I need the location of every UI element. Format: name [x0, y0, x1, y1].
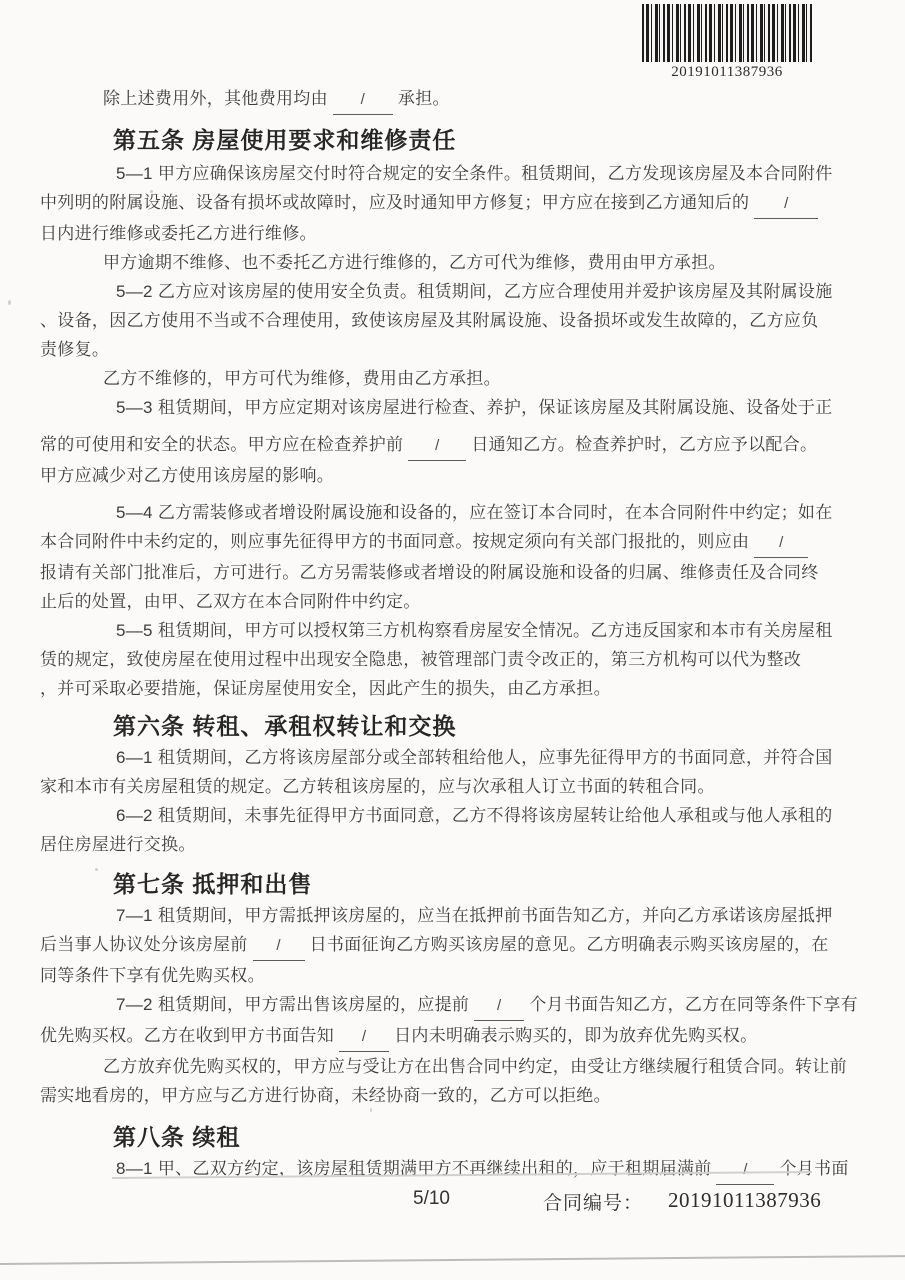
- text-line: 需实地看房的，甲方应与乙方进行协商，未经协商一致的，乙方可以拒绝。: [40, 1081, 835, 1110]
- text-segment: 同等条件下享有优先购买权。: [40, 966, 265, 985]
- text-segment: 承担。: [398, 89, 450, 108]
- fill-in-blank: /: [754, 528, 808, 558]
- barcode-number: 20191011387936: [642, 64, 812, 81]
- text-line: 甲方应减少对乙方使用该房屋的影响。: [40, 461, 835, 490]
- text-segment: 第七条 抵押和出售: [113, 871, 312, 897]
- scan-speckle: [95, 868, 98, 871]
- fill-in-blank: /: [253, 931, 305, 961]
- text-segment: 中列明的附属设施、设备有损坏或故障时，应及时通知甲方修复；甲方应在接到乙方通知后…: [40, 193, 749, 212]
- text-segment: ，并可采取必要措施，保证房屋使用安全，因此产生的损失，由乙方承担。: [40, 679, 611, 698]
- text-line: 5—5 租赁期间，甲方可以授权第三方机构察看房屋安全情况。乙方违反国家和本市有关…: [40, 616, 835, 645]
- text-segment: 7—1 租赁期间，甲方需抵押该房屋的，应当在抵押前书面告知乙方，并向乙方承诺该房…: [116, 906, 833, 925]
- text-line: 7—1 租赁期间，甲方需抵押该房屋的，应当在抵押前书面告知乙方，并向乙方承诺该房…: [40, 901, 835, 930]
- fill-in-blank: /: [408, 431, 466, 461]
- text-line: 赁的规定，致使房屋在使用过程中出现安全隐患，被管理部门责令改正的，第三方机构可以…: [40, 645, 835, 674]
- scan-speckle: [370, 1108, 372, 1112]
- text-line: 甲方逾期不维修、也不委托乙方进行维修的，乙方可代为维修，费用由甲方承担。: [40, 248, 835, 277]
- text-line: 8—1 甲、乙双方约定，该房屋租赁期满甲方不再继续出租的，应于租期届满前/个月书…: [40, 1154, 835, 1185]
- text-line: 5—3 租赁期间，甲方应定期对该房屋进行检查、养护，保证该房屋及其附属设施、设备…: [40, 393, 835, 422]
- barcode-block: 20191011387936: [642, 4, 812, 81]
- text-line: 中列明的附属设施、设备有损坏或故障时，应及时通知甲方修复；甲方应在接到乙方通知后…: [40, 188, 835, 219]
- text-line: 止后的处置，由甲、乙双方在本合同附件中约定。: [40, 587, 835, 616]
- text-line: 同等条件下享有优先购买权。: [40, 961, 835, 990]
- text-segment: 除上述费用外，其他费用均由: [103, 89, 328, 108]
- text-line: 乙方不维修的，甲方可代为维修，费用由乙方承担。: [40, 364, 835, 393]
- text-segment: 7—2 租赁期间，甲方需出售该房屋的，应提前: [116, 995, 469, 1014]
- text-segment: 5—1 甲方应确保该房屋交付时符合规定的安全条件。租赁期间，乙方发现该房屋及本合…: [116, 164, 833, 183]
- fill-in-blank: /: [339, 1022, 389, 1052]
- text-line: 6—2 租赁期间，未事先征得甲方书面同意，乙方不得将该房屋转让给他人承租或与他人…: [40, 801, 835, 830]
- text-segment: 乙方放弃优先购买权的，甲方应与受让方在出售合同中约定，由受让方继续履行租赁合同。…: [103, 1057, 847, 1076]
- page-number: 5/10: [413, 1188, 450, 1210]
- text-segment: 5—2 乙方应对该房屋的使用安全负责。租赁期间，乙方应合理使用并爱护该房屋及其附…: [116, 282, 833, 301]
- text-line: 5—2 乙方应对该房屋的使用安全负责。租赁期间，乙方应合理使用并爱护该房屋及其附…: [40, 277, 835, 306]
- text-line: 报请有关部门批准后，方可进行。乙方另需装修或者增设的附属设施和设备的归属、维修责…: [40, 558, 835, 587]
- contract-number-label: 合同编号：: [543, 1188, 643, 1215]
- text-line: 乙方放弃优先购买权的，甲方应与受让方在出售合同中约定，由受让方继续履行租赁合同。…: [40, 1052, 835, 1081]
- text-segment: 、设备，因乙方使用不当或不合理使用，致使该房屋及其附属设施、设备损坏或发生故障的…: [40, 311, 819, 330]
- text-segment: 居住房屋进行交换。: [40, 835, 196, 854]
- barcode-icon: [642, 4, 812, 62]
- text-line: 5—1 甲方应确保该房屋交付时符合规定的安全条件。租赁期间，乙方发现该房屋及本合…: [40, 159, 835, 188]
- text-line: 常的可使用和安全的状态。甲方应在检查养护前/日通知乙方。检查养护时，乙方应予以配…: [40, 430, 835, 461]
- text-segment: 日书面征询乙方购买该房屋的意见。乙方明确表示购买该房屋的，在: [310, 935, 829, 954]
- fill-in-blank: /: [333, 85, 393, 115]
- text-segment: 报请有关部门批准后，方可进行。乙方另需装修或者增设的附属设施和设备的归属、维修责…: [40, 563, 819, 582]
- scan-speckle: [150, 190, 153, 193]
- text-segment: 5—4 乙方需装修或者增设附属设施和设备的，应在签订本合同时，在本合同附件中约定…: [116, 503, 833, 522]
- text-segment: 6—2 租赁期间，未事先征得甲方书面同意，乙方不得将该房屋转让给他人承租或与他人…: [116, 806, 833, 825]
- fill-in-blank: /: [754, 189, 818, 219]
- text-segment: 个月书面: [779, 1159, 848, 1178]
- text-segment: 家和本市有关房屋租赁的规定。乙方转租该房屋的，应与次承租人订立书面的转租合同。: [40, 777, 715, 796]
- document-lines: 除上述费用外，其他费用均由/承担。第五条 房屋使用要求和维修责任5—1 甲方应确…: [40, 84, 835, 1185]
- text-line: 日内进行维修或委托乙方进行维修。: [40, 219, 835, 248]
- text-segment: 后当事人协议处分该房屋前: [40, 935, 248, 954]
- text-line: 7—2 租赁期间，甲方需出售该房屋的，应提前/个月书面告知乙方，乙方在同等条件下…: [40, 990, 835, 1021]
- text-line: 后当事人协议处分该房屋前/日书面征询乙方购买该房屋的意见。乙方明确表示购买该房屋…: [40, 930, 835, 961]
- text-segment: 责修复。: [40, 340, 109, 359]
- text-line: 居住房屋进行交换。: [40, 830, 835, 859]
- text-line: 5—4 乙方需装修或者增设附属设施和设备的，应在签订本合同时，在本合同附件中约定…: [40, 498, 835, 527]
- text-segment: 甲方应减少对乙方使用该房屋的影响。: [40, 466, 334, 485]
- text-segment: 第五条 房屋使用要求和维修责任: [113, 127, 456, 153]
- fill-in-blank: /: [474, 991, 524, 1021]
- text-segment: 赁的规定，致使房屋在使用过程中出现安全隐患，被管理部门责令改正的，第三方机构可以…: [40, 650, 801, 669]
- text-line: 6—1 租赁期间，乙方将该房屋部分或全部转租给他人，应事先征得甲方的书面同意，并…: [40, 743, 835, 772]
- text-segment: 止后的处置，由甲、乙双方在本合同附件中约定。: [40, 592, 421, 611]
- text-segment: 甲方逾期不维修、也不委托乙方进行维修的，乙方可代为维修，费用由甲方承担。: [103, 253, 726, 272]
- text-line: 除上述费用外，其他费用均由/承担。: [40, 84, 835, 115]
- text-line: 、设备，因乙方使用不当或不合理使用，致使该房屋及其附属设施、设备损坏或发生故障的…: [40, 306, 835, 335]
- text-line: ，并可采取必要措施，保证房屋使用安全，因此产生的损失，由乙方承担。: [40, 674, 835, 703]
- text-segment: 个月书面告知乙方，乙方在同等条件下享有: [529, 995, 858, 1014]
- scan-bottom-edge-line: [0, 1255, 905, 1265]
- text-segment: 5—5 租赁期间，甲方可以授权第三方机构察看房屋安全情况。乙方违反国家和本市有关…: [116, 621, 833, 640]
- contract-number-value: 20191011387936: [668, 1188, 821, 1213]
- section-heading: 第六条 转租、承租权转让和交换: [40, 709, 835, 743]
- text-segment: 乙方不维修的，甲方可代为维修，费用由乙方承担。: [103, 369, 501, 388]
- text-segment: 需实地看房的，甲方应与乙方进行协商，未经协商一致的，乙方可以拒绝。: [40, 1086, 611, 1105]
- text-segment: 第六条 转租、承租权转让和交换: [113, 713, 456, 739]
- section-heading: 第七条 抵押和出售: [40, 867, 835, 901]
- scan-speckle: [266, 237, 269, 239]
- scanned-contract-page: 20191011387936 除上述费用外，其他费用均由/承担。第五条 房屋使用…: [0, 0, 905, 1280]
- scan-speckle: [8, 300, 11, 305]
- page-footer: 5/10 合同编号： 20191011387936: [0, 1188, 905, 1216]
- text-segment: 本合同附件中未约定的，则应事先征得甲方的书面同意。按规定须向有关部门报批的，则应…: [40, 532, 749, 551]
- text-segment: 6—1 租赁期间，乙方将该房屋部分或全部转租给他人，应事先征得甲方的书面同意，并…: [116, 748, 833, 767]
- section-heading: 第八条 续租: [40, 1120, 835, 1154]
- text-segment: 日内进行维修或委托乙方进行维修。: [40, 224, 317, 243]
- text-segment: 第八条 续租: [113, 1124, 240, 1150]
- text-line: 家和本市有关房屋租赁的规定。乙方转租该房屋的，应与次承租人订立书面的转租合同。: [40, 772, 835, 801]
- fill-in-blank: /: [716, 1155, 774, 1185]
- text-segment: 日内未明确表示购买的，即为放弃优先购买权。: [394, 1026, 757, 1045]
- text-line: 本合同附件中未约定的，则应事先征得甲方的书面同意。按规定须向有关部门报批的，则应…: [40, 527, 835, 558]
- text-line: 责修复。: [40, 335, 835, 364]
- section-heading: 第五条 房屋使用要求和维修责任: [40, 123, 835, 157]
- text-segment: 日通知乙方。检查养护时，乙方应予以配合。: [471, 435, 817, 454]
- text-line: 优先购买权。乙方在收到甲方书面告知/日内未明确表示购买的，即为放弃优先购买权。: [40, 1021, 835, 1052]
- text-segment: 优先购买权。乙方在收到甲方书面告知: [40, 1026, 334, 1045]
- text-segment: 5—3 租赁期间，甲方应定期对该房屋进行检查、养护，保证该房屋及其附属设施、设备…: [116, 398, 833, 417]
- text-segment: 常的可使用和安全的状态。甲方应在检查养护前: [40, 435, 403, 454]
